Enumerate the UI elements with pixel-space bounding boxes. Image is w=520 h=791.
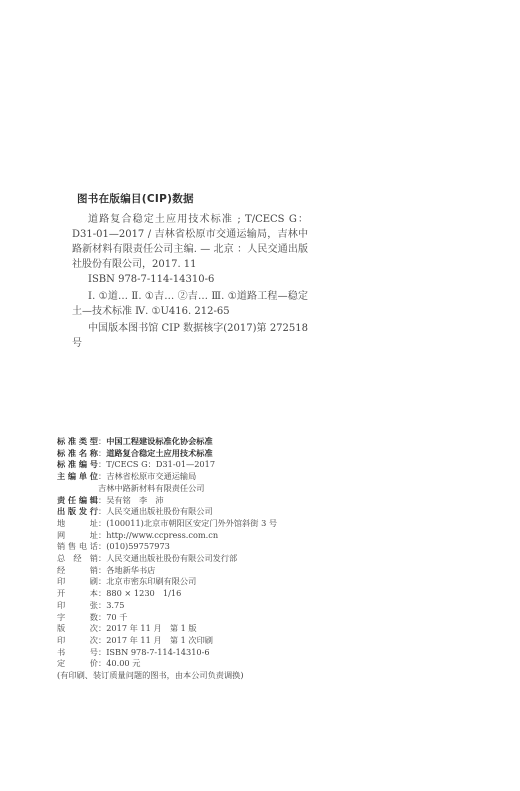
info-value: 3.75 [106,600,377,612]
info-label: 版 次 [57,623,98,635]
info-label: 销售电话 [57,541,98,553]
info-value: T/CECS G：D31-01—2017 [106,459,377,471]
label-colon: ： [98,588,106,600]
info-value: 各地新华书店 [106,565,377,577]
info-label: 网 址 [57,530,98,542]
info-row-responsible-editor: 责任编辑：吴有铭 李 沛 [57,495,377,507]
info-row-standard-name: 标准名称：道路复合稳定土应用技术标准 [57,448,377,460]
info-value: (010)59757973 [106,541,377,553]
label-colon: ： [98,506,106,518]
info-value: 吉林省松原市交通运输局 [106,471,377,483]
label-colon: ： [98,658,106,670]
label-colon: ： [98,518,106,530]
info-value: 中国工程建设标准化协会标准 [106,436,377,448]
info-label: 定 价 [57,658,98,670]
label-colon: ： [98,448,106,460]
info-row-price: 定 价：40.00 元 [57,658,377,670]
info-value: 吉林中路新材料有限责任公司 [57,483,377,495]
info-value: 2017 年 11 月 第 1 版 [106,623,377,635]
cip-isbn: ISBN 978-7-114-14310-6 [72,272,308,287]
info-label: 出版发行 [57,506,98,518]
cip-title: 图书在版编目(CIP)数据 [77,191,194,206]
label-colon: ： [98,553,106,565]
info-label: 标准类型 [57,436,98,448]
info-row-sales-phone: 销售电话：(010)59757973 [57,541,377,553]
info-value: 北京市密东印刷有限公司 [106,576,377,588]
label-colon: ： [98,436,106,448]
label-colon: ： [98,541,106,553]
cip-record-number: 中国版本图书馆 CIP 数据核字(2017)第 272518 号 [72,321,308,351]
info-label: 标准名称 [57,448,98,460]
label-colon: ： [98,471,106,483]
info-row-chief-editor-unit-2: 吉林中路新材料有限责任公司 [57,483,377,495]
label-colon: ： [98,530,106,542]
label-colon: ： [98,495,106,507]
info-label: 经 销 [57,565,98,577]
info-label: 印 次 [57,635,98,647]
cip-data-block: 道路复合稳定土应用技术标准 ; T/CECS G：D31-01—2017 / 吉… [72,212,308,351]
info-label: 标准编号 [57,459,98,471]
info-value: (100011)北京市朝阳区安定门外外馆斜街 3 号 [106,518,377,530]
info-label: 主编单位 [57,471,98,483]
info-row-edition: 版 次：2017 年 11 月 第 1 版 [57,623,377,635]
info-value: 2017 年 11 月 第 1 次印刷 [106,635,377,647]
label-colon: ： [98,565,106,577]
info-label: 印 张 [57,600,98,612]
info-row-sheets: 印 张：3.75 [57,600,377,612]
info-row-publisher: 出版发行：人民交通出版社股份有限公司 [57,506,377,518]
info-row-printer: 印 刷：北京市密东印刷有限公司 [57,576,377,588]
label-colon: ： [98,623,106,635]
quality-note: (有印刷、装订质量问题的图书，由本公司负责调换) [57,670,377,682]
info-value: 880 × 1230 1/16 [106,588,377,600]
info-row-isbn: 书 号：ISBN 978-7-114-14310-6 [57,647,377,659]
info-row-format: 开 本：880 × 1230 1/16 [57,588,377,600]
info-label: 印 刷 [57,576,98,588]
info-value: 40.00 元 [106,658,377,670]
info-row-distributor: 经 销：各地新华书店 [57,565,377,577]
info-value: 人民交通出版社股份有限公司发行部 [106,553,377,565]
info-value: 道路复合稳定土应用技术标准 [106,448,377,460]
info-label: 开 本 [57,588,98,600]
info-row-printing: 印 次：2017 年 11 月 第 1 次印刷 [57,635,377,647]
info-label: 总 经 销 [57,553,98,565]
info-label: 地 址 [57,518,98,530]
info-row-chief-editor-unit: 主编单位：吉林省松原市交通运输局 [57,471,377,483]
label-colon: ： [98,576,106,588]
info-label: 责任编辑 [57,495,98,507]
label-colon: ： [98,612,106,624]
label-colon: ： [98,459,106,471]
label-colon: ： [98,647,106,659]
info-row-word-count: 字 数：70 千 [57,612,377,624]
info-row-standard-type: 标准类型：中国工程建设标准化协会标准 [57,436,377,448]
label-colon: ： [98,635,106,647]
info-value: http://www.ccpress.com.cn [106,530,377,542]
info-label: 字 数 [57,612,98,624]
label-colon: ： [98,600,106,612]
info-value: 人民交通出版社股份有限公司 [106,506,377,518]
info-value: 吴有铭 李 沛 [106,495,377,507]
info-row-address: 地 址：(100011)北京市朝阳区安定门外外馆斜街 3 号 [57,518,377,530]
info-value: ISBN 978-7-114-14310-6 [106,647,377,659]
info-row-standard-number: 标准编号：T/CECS G：D31-01—2017 [57,459,377,471]
cip-classification: Ⅰ. ①道… Ⅱ. ①吉… ②吉… Ⅲ. ①道路工程—稳定土—技术标准 Ⅳ. ①… [72,289,308,319]
info-row-general-distributor: 总 经 销：人民交通出版社股份有限公司发行部 [57,553,377,565]
publication-info: 标准类型：中国工程建设标准化协会标准 标准名称：道路复合稳定土应用技术标准 标准… [57,436,377,682]
info-label: 书 号 [57,647,98,659]
cip-bibliographic-entry: 道路复合稳定土应用技术标准 ; T/CECS G：D31-01—2017 / 吉… [72,212,308,272]
info-row-website: 网 址：http://www.ccpress.com.cn [57,530,377,542]
info-value: 70 千 [106,612,377,624]
